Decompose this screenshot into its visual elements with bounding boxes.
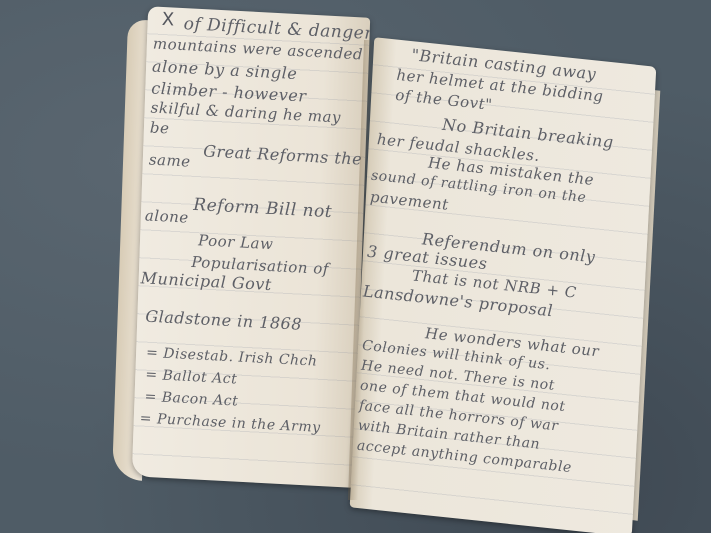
cross-mark-icon: X — [161, 9, 174, 31]
handwritten-line: Reform Bill not — [193, 195, 332, 222]
handwritten-line: = Ballot Act — [145, 367, 237, 388]
handwritten-line: alone — [145, 206, 189, 226]
handwritten-line: Great Reforms the — [203, 141, 363, 168]
notebook: X of Difficult & dangerous mountains wer… — [0, 0, 711, 533]
handwritten-line: = Bacon Act — [144, 389, 238, 410]
handwritten-line: pavement — [370, 188, 450, 214]
handwritten-line: skilful & daring he may — [150, 98, 341, 126]
handwritten-line: Gladstone in 1868 — [145, 307, 302, 334]
handwritten-line: be — [150, 118, 170, 137]
handwritten-line: same — [149, 150, 191, 170]
left-page: X of Difficult & dangerous mountains wer… — [132, 6, 370, 488]
right-page: "Britain casting away her helmet at the … — [350, 37, 657, 533]
handwritten-line: = Disestab. Irish Chch — [146, 345, 318, 370]
handwritten-line: = Purchase in the Army — [140, 410, 321, 435]
handwritten-line: Poor Law — [198, 231, 274, 253]
